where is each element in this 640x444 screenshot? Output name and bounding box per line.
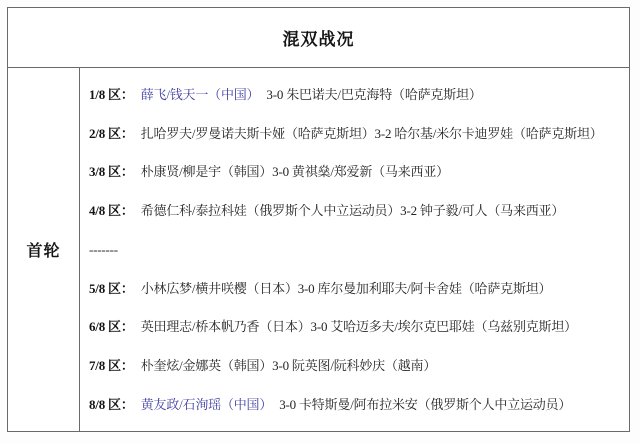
match-row: 7/8 区： 朴奎炫/金娜英（韩国）3-0 阮英图/阮科妙庆（越南） <box>89 359 627 372</box>
round-label: 首轮 <box>26 238 60 261</box>
zone-label: 6/8 区： <box>89 319 134 334</box>
zone-label: 4/8 区： <box>89 203 134 218</box>
winner-pair-highlight: 薛飞/钱天一（中国） <box>141 87 260 102</box>
mixed-doubles-results-table: 混双战况 首轮 1/8 区： 薛飞/钱天一（中国） 3-0 朱巴诺夫/巴克海特（… <box>7 7 630 432</box>
match-row: 2/8 区： 扎哈罗夫/罗曼诺夫斯卡娅（哈萨克斯坦）3-2 哈尔基/米尔卡迪罗娃… <box>89 127 627 140</box>
winner-pair-highlight: 黄友政/石洵瑶（中国） <box>141 397 272 412</box>
zone-label: 2/8 区： <box>89 126 134 141</box>
match-row: 4/8 区： 希德仁科/泰拉科娃（俄罗斯个人中立运动员）3-2 钟子毅/可人（马… <box>89 204 627 217</box>
zone-label: 3/8 区： <box>89 164 134 179</box>
zone-label: 8/8 区： <box>89 397 134 412</box>
results-table-screenshot: 混双战况 首轮 1/8 区： 薛飞/钱天一（中国） 3-0 朱巴诺夫/巴克海特（… <box>0 0 640 444</box>
match-result-text: 扎哈罗夫/罗曼诺夫斯卡娅（哈萨克斯坦）3-2 哈尔基/米尔卡迪罗娃（哈萨克斯坦） <box>141 126 603 141</box>
round-cell: 首轮 <box>8 68 80 431</box>
table-body: 首轮 1/8 区： 薛飞/钱天一（中国） 3-0 朱巴诺夫/巴克海特（哈萨克斯坦… <box>8 68 629 431</box>
match-result-text: 朴康贤/柳是宇（韩国）3-0 黄祺燊/郑爱新（马来西亚） <box>141 164 449 179</box>
match-row: ------- <box>89 243 627 256</box>
match-row: 6/8 区： 英田理志/桥本帆乃香（日本）3-0 艾哈迈多夫/埃尔克巴耶娃（乌兹… <box>89 320 627 333</box>
table-header-cell: 混双战况 <box>8 8 629 68</box>
match-row: 3/8 区： 朴康贤/柳是宇（韩国）3-0 黄祺燊/郑爱新（马来西亚） <box>89 165 627 178</box>
match-row: 1/8 区： 薛飞/钱天一（中国） 3-0 朱巴诺夫/巴克海特（哈萨克斯坦） <box>89 88 627 101</box>
zone-label: 1/8 区： <box>89 87 134 102</box>
zone-label: 7/8 区： <box>89 358 134 373</box>
match-result-text: 3-0 朱巴诺夫/巴克海特（哈萨克斯坦） <box>266 87 481 102</box>
zone-label: 5/8 区： <box>89 281 134 296</box>
match-result-text: 希德仁科/泰拉科娃（俄罗斯个人中立运动员）3-2 钟子毅/可人（马来西亚） <box>141 203 564 218</box>
results-cell: 1/8 区： 薛飞/钱天一（中国） 3-0 朱巴诺夫/巴克海特（哈萨克斯坦） 2… <box>80 68 629 431</box>
page-title: 混双战况 <box>283 25 355 50</box>
match-result-text: 小林広梦/横井咲樱（日本）3-0 库尔曼加利耶夫/阿卡舍娃（哈萨克斯坦） <box>141 281 552 296</box>
match-row: 8/8 区： 黄友政/石洵瑶（中国） 3-0 卡特斯曼/阿布拉米安（俄罗斯个人中… <box>89 398 627 411</box>
match-row: 5/8 区： 小林広梦/横井咲樱（日本）3-0 库尔曼加利耶夫/阿卡舍娃（哈萨克… <box>89 282 627 295</box>
match-result-text: 3-0 卡特斯曼/阿布拉米安（俄罗斯个人中立运动员） <box>279 397 571 412</box>
match-result-text: 英田理志/桥本帆乃香（日本）3-0 艾哈迈多夫/埃尔克巴耶娃（乌兹别克斯坦） <box>141 319 577 334</box>
match-result-text: ------- <box>89 242 118 257</box>
match-result-text: 朴奎炫/金娜英（韩国）3-0 阮英图/阮科妙庆（越南） <box>141 358 436 373</box>
